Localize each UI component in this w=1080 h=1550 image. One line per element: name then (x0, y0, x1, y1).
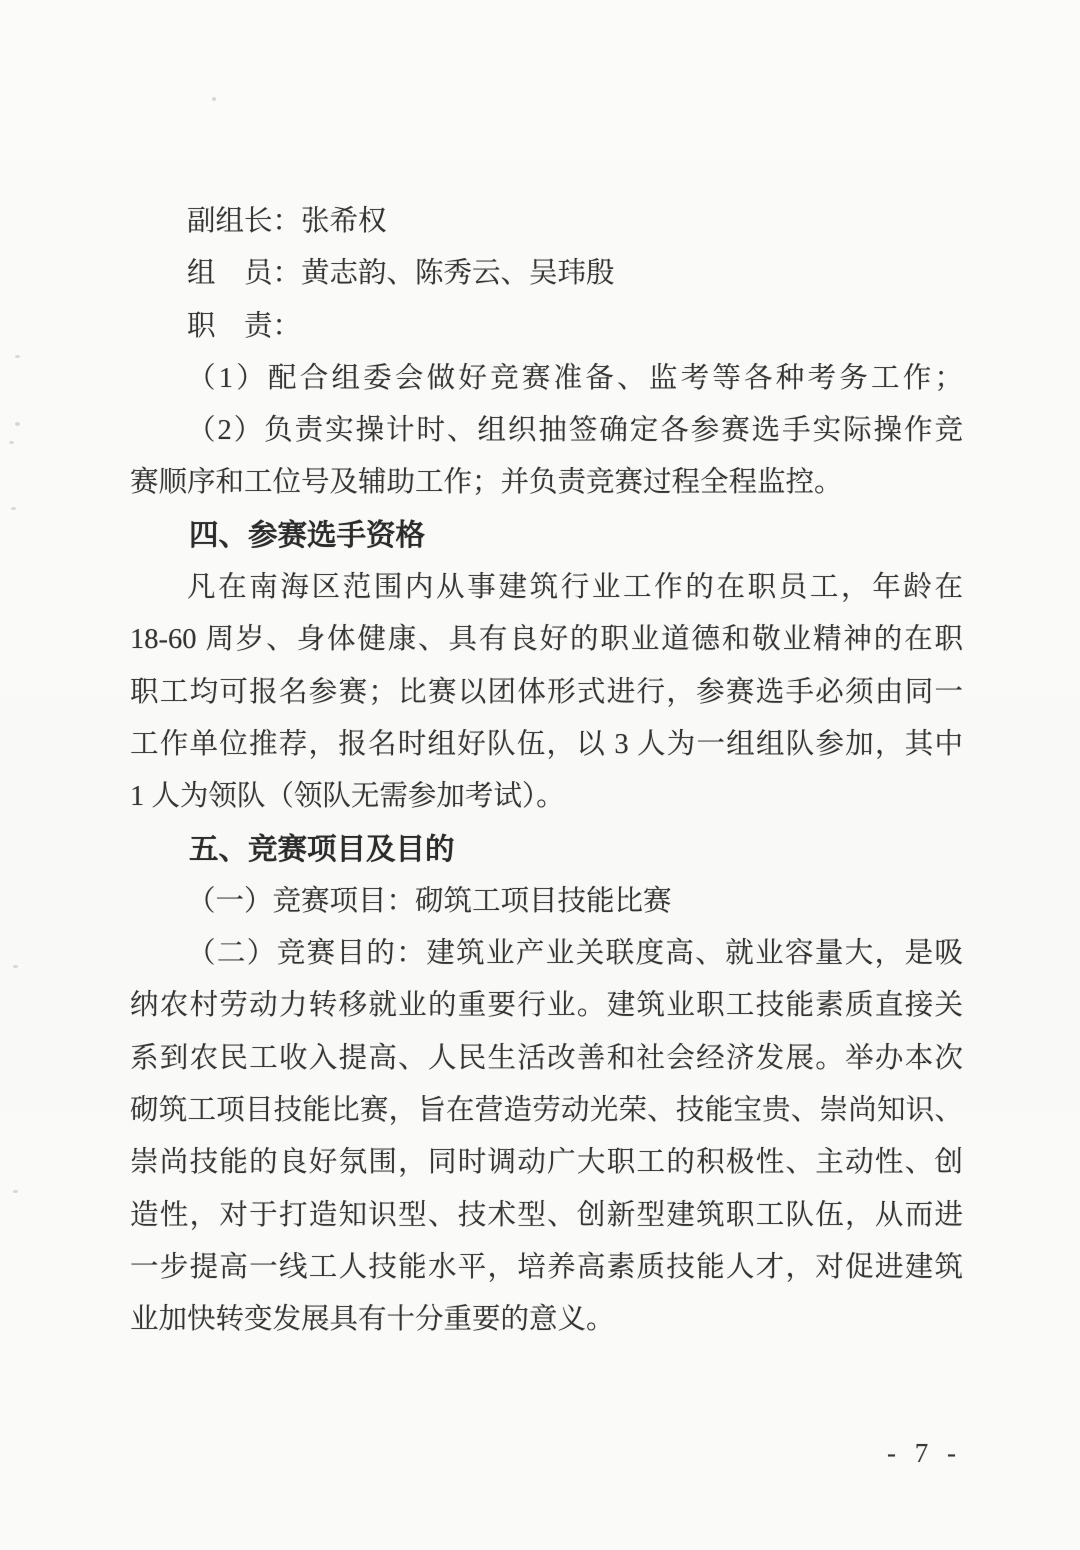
document-body: 副组长：张希权组 员：黄志韵、陈秀云、吴玮殷职 责：（1）配合组委会做好竞赛准备… (130, 196, 963, 1347)
text-line: 业加快转变发展具有十分重要的意义。 (130, 1294, 963, 1346)
text-line: 纳农村劳动力转移就业的重要行业。建筑业职工技能素质直接关 (130, 980, 963, 1032)
scan-noise-speck (13, 1190, 18, 1193)
text-line: 工作单位推荐，报名时组好队伍，以 3 人为一组组队参加，其中 (130, 719, 963, 771)
text-line: 职工均可报名参赛；比赛以团体形式进行，参赛选手必须由同一 (130, 667, 963, 719)
document-page: 副组长：张希权组 员：黄志韵、陈秀云、吴玮殷职 责：（1）配合组委会做好竞赛准备… (0, 0, 1080, 1550)
text-line: 副组长：张希权 (130, 196, 963, 248)
text-line: 砌筑工项目技能比赛，旨在营造劳动光荣、技能宝贵、崇尚知识、 (130, 1085, 963, 1137)
text-line: 赛顺序和工位号及辅助工作；并负责竞赛过程全程监控。 (130, 457, 963, 509)
scan-noise-speck (13, 965, 18, 968)
text-line: 凡在南海区范围内从事建筑行业工作的在职员工，年龄在 (130, 562, 963, 614)
scan-noise-speck (212, 97, 216, 101)
text-line: 组 员：黄志韵、陈秀云、吴玮殷 (130, 248, 963, 300)
text-line: 崇尚技能的良好氛围，同时调动广大职工的积极性、主动性、创 (130, 1137, 963, 1189)
text-line: 18-60 周岁、身体健康、具有良好的职业道德和敬业精神的在职 (130, 614, 963, 666)
text-line: 系到农民工收入提高、人民生活改善和社会经济发展。举办本次 (130, 1033, 963, 1085)
text-line: （一）竞赛项目：砌筑工项目技能比赛 (130, 876, 963, 928)
scan-noise-speck (15, 422, 20, 426)
page-number: - 7 - (887, 1438, 962, 1469)
text-line: （1）配合组委会做好竞赛准备、监考等各种考务工作； (130, 353, 963, 405)
text-line: 1 人为领队（领队无需参加考试）。 (130, 771, 963, 823)
section-heading-line: 五、竞赛项目及目的 (130, 824, 963, 876)
scan-noise-speck (9, 441, 14, 444)
text-line: 职 责： (130, 301, 963, 353)
text-line: 造性，对于打造知识型、技术型、创新型建筑职工队伍，从而进 (130, 1190, 963, 1242)
section-heading-line: 四、参赛选手资格 (130, 510, 963, 562)
text-line: （2）负责实操计时、组织抽签确定各参赛选手实际操作竞 (130, 405, 963, 457)
scan-noise-speck (11, 507, 16, 510)
text-line: （二）竞赛目的：建筑业产业关联度高、就业容量大，是吸 (130, 928, 963, 980)
scan-noise-speck (15, 355, 20, 358)
text-line: 一步提高一线工人技能水平，培养高素质技能人才，对促进建筑 (130, 1242, 963, 1294)
